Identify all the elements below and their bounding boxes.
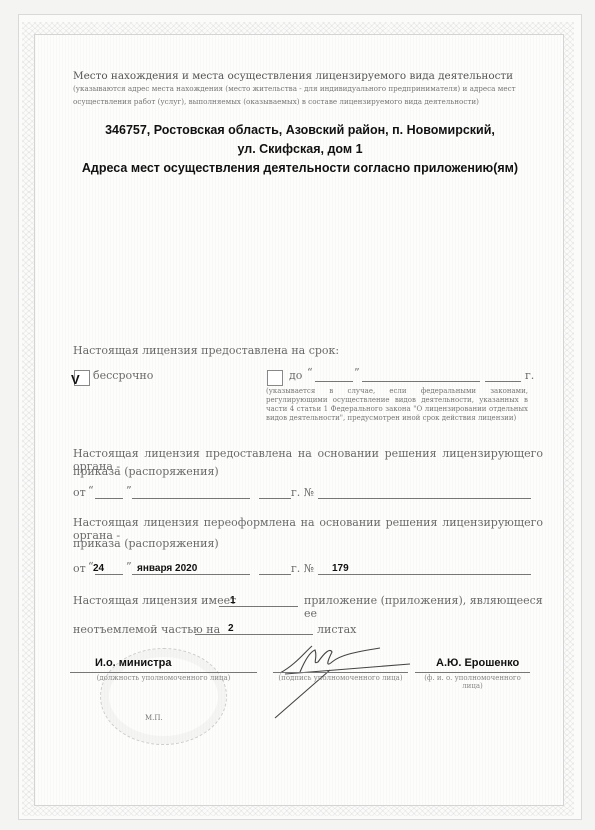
address-line-1: 346757, Ростовская область, Азовский рай… (90, 123, 510, 137)
granted-number-field[interactable] (318, 498, 531, 499)
granted-text-line-2: приказа (распоряжения) (73, 465, 219, 478)
granted-day-field[interactable] (95, 498, 123, 499)
reissued-from-label: от (73, 562, 86, 575)
name-caption: (ф. и. о. уполномоченного лица) (415, 674, 530, 690)
position-line (70, 672, 257, 673)
address-line-2: ул. Скифская, дом 1 (90, 142, 510, 156)
granted-month-field[interactable] (132, 498, 250, 499)
position-caption: (должность уполномоченного лица) (70, 674, 257, 682)
reissued-month-year-value: января 2020 (137, 563, 197, 574)
reissued-day-field[interactable] (95, 574, 123, 575)
reissued-month-field[interactable] (132, 574, 250, 575)
signature-caption: (подпись уполномоченного лица) (273, 674, 408, 682)
reissued-year-field[interactable] (259, 574, 291, 575)
term-label: Настоящая лицензия предоставлена на срок… (73, 344, 339, 357)
reissued-number-label: г. № (291, 562, 314, 575)
until-year-suffix: г. (525, 369, 534, 382)
check-mark-icon: V (71, 372, 80, 387)
signature-line (273, 672, 408, 673)
appendix-sheets-after: листах (317, 623, 356, 636)
until-year-field[interactable] (485, 381, 521, 382)
term-note: (указывается в случае, если федеральными… (266, 387, 528, 423)
until-quote-open: “ (307, 366, 313, 379)
appendix-text-after: приложение (приложения), являющееся ее (304, 594, 544, 620)
location-header-note: (указываются адрес места нахождения (мес… (73, 84, 516, 106)
appendix-text-before: Настоящая лицензия имеет (73, 594, 236, 607)
indefinite-label: бессрочно (93, 369, 153, 382)
granted-quote-open: “ (88, 484, 94, 497)
granted-number-label: г. № (291, 486, 314, 499)
appendix-count-value: 1 (230, 595, 236, 606)
address-line-3: Адреса мест осуществления деятельности с… (60, 161, 540, 175)
stamp-label: М.П. (145, 714, 163, 722)
location-header: Место нахождения и места осуществления л… (73, 70, 543, 108)
reissued-number-value: 179 (332, 563, 349, 574)
signer-position: И.о. министра (95, 657, 171, 669)
appendix-sheets-field[interactable] (195, 634, 313, 635)
reissued-number-field[interactable] (318, 574, 531, 575)
reissued-text-line-2: приказа (распоряжения) (73, 537, 219, 550)
signer-name: А.Ю. Ерошенко (436, 657, 519, 669)
until-day-field[interactable] (315, 381, 353, 382)
location-header-title: Место нахождения и места осуществления л… (73, 70, 513, 82)
reissued-quote-close: ” (126, 560, 132, 573)
appendix-count-field[interactable] (219, 606, 298, 607)
granted-from-label: от (73, 486, 86, 499)
granted-year-field[interactable] (259, 498, 291, 499)
until-month-field[interactable] (362, 381, 480, 382)
reissued-day-value: 24 (93, 563, 104, 574)
until-checkbox[interactable] (267, 370, 283, 386)
until-quote-close: ” (354, 366, 360, 379)
granted-quote-close: ” (126, 484, 132, 497)
name-line (415, 672, 530, 673)
until-label: до (289, 369, 302, 382)
appendix-sheets-value: 2 (228, 623, 234, 634)
